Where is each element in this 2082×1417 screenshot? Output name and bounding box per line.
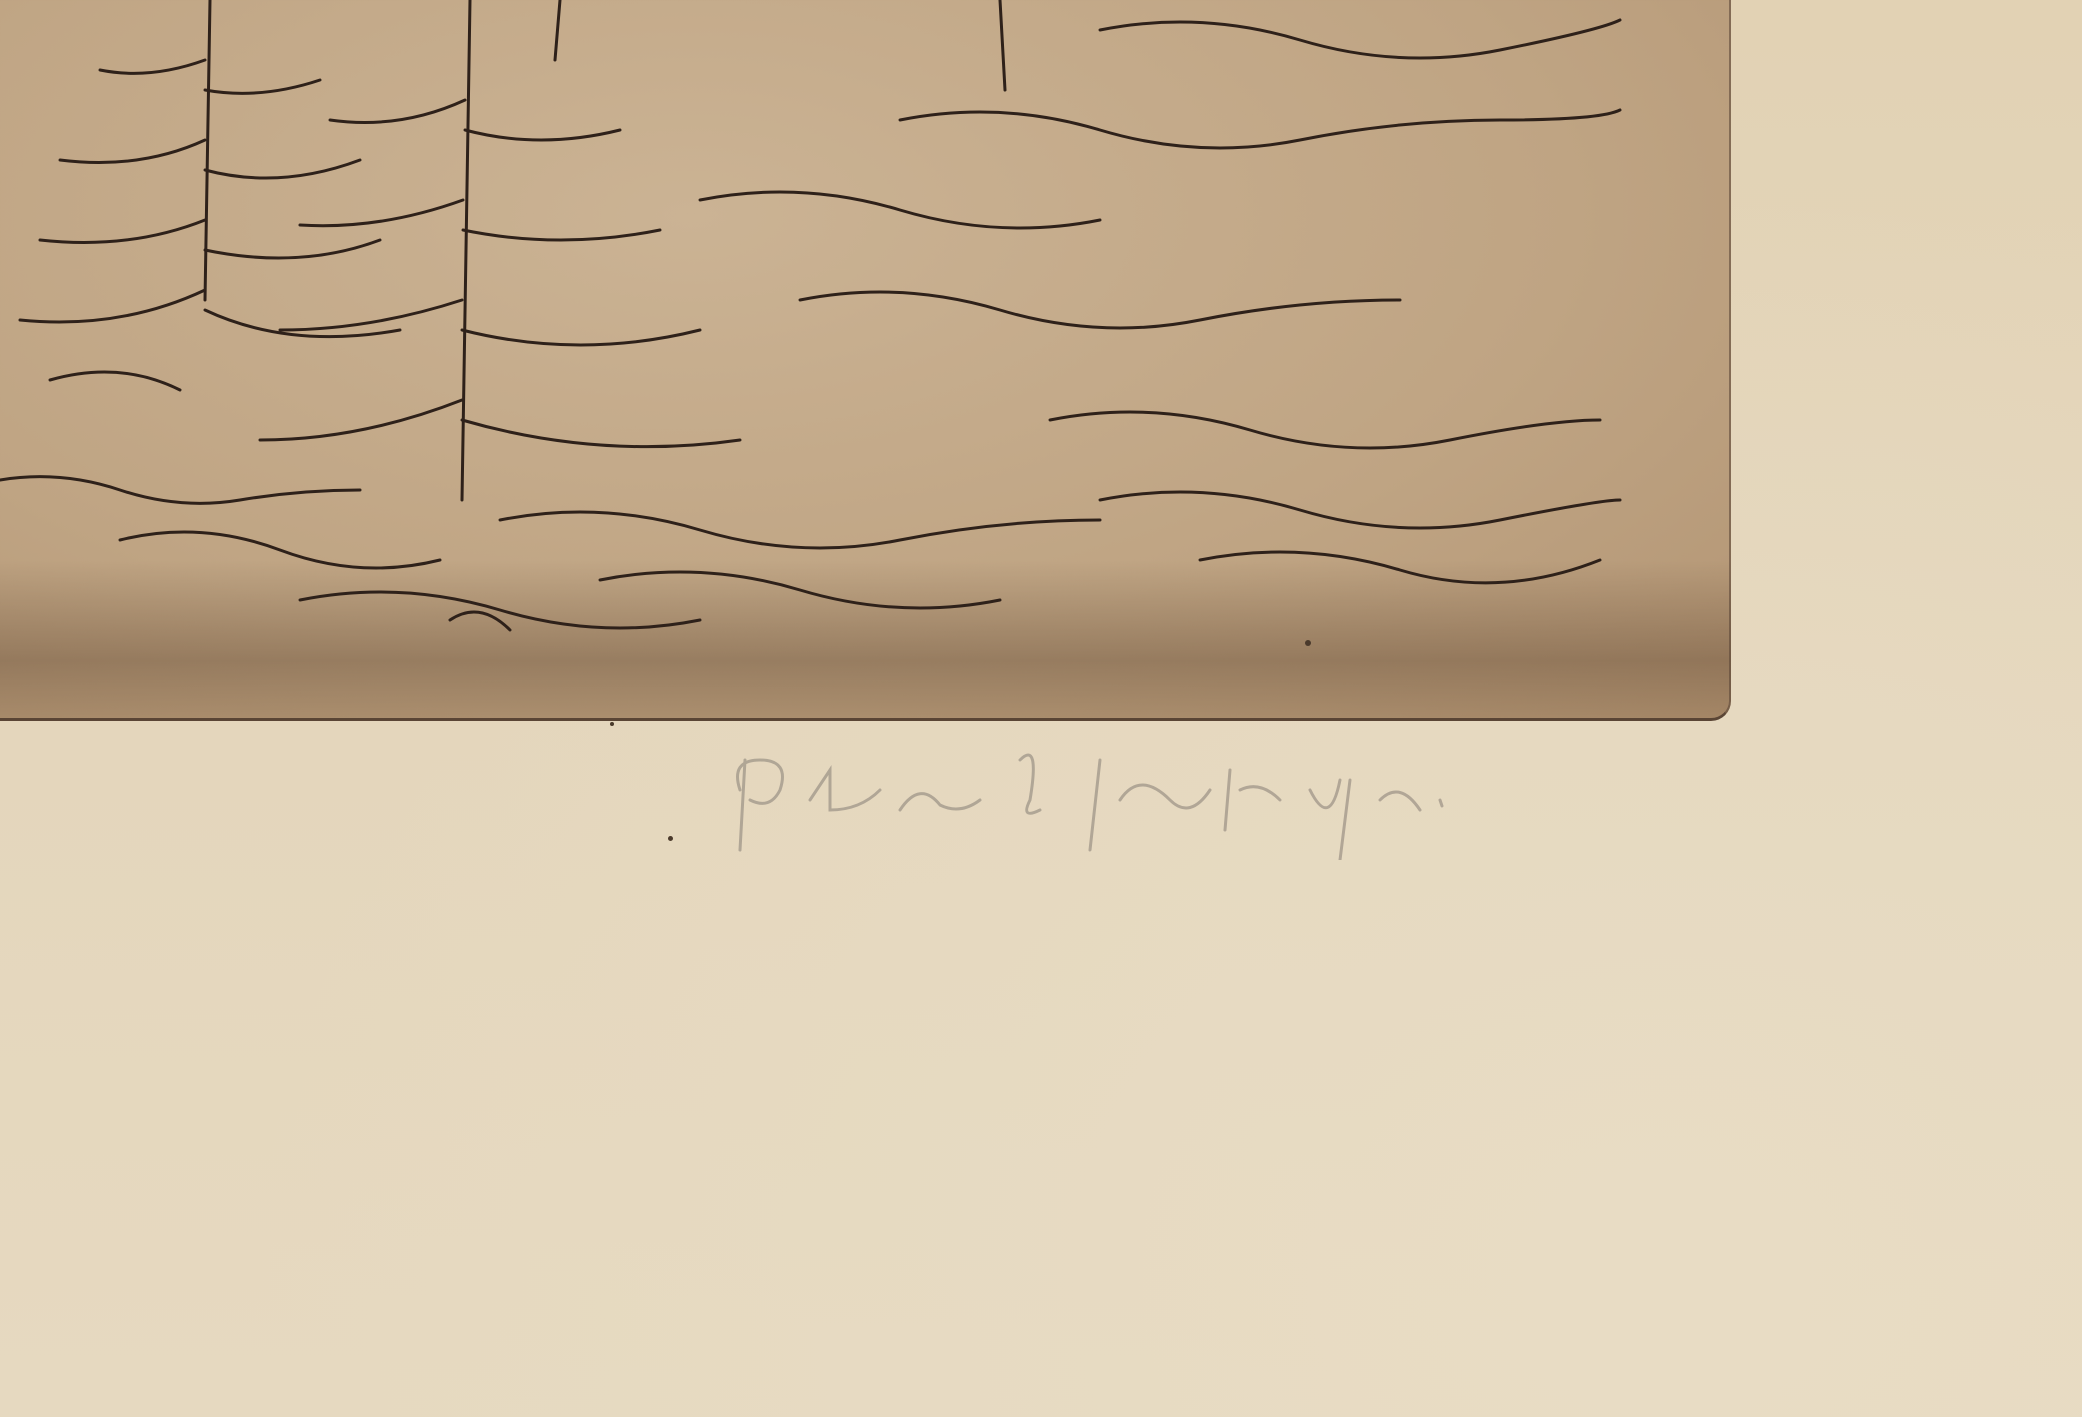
etched-trees bbox=[0, 0, 1729, 718]
pencil-signature bbox=[720, 740, 1540, 860]
etching-plate bbox=[0, 0, 1731, 721]
ink-speck bbox=[1305, 640, 1311, 646]
paper-speck bbox=[668, 836, 673, 841]
signature-strokes bbox=[720, 740, 1540, 860]
paper-speck bbox=[610, 722, 614, 726]
